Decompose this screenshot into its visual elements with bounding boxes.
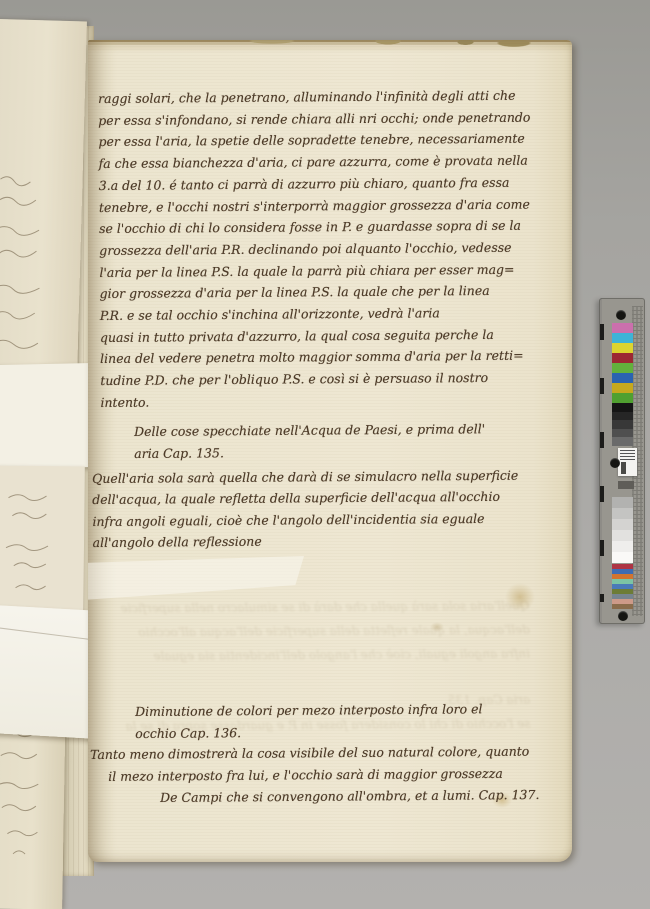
- mounting-hole: [616, 310, 626, 320]
- text-line: fa che essa bianchezza d'aria, ci pare a…: [99, 150, 531, 175]
- text-line: all'angolo della reflessione: [93, 529, 519, 554]
- paper-tab-cream: [0, 466, 85, 627]
- text-line: dell'acqua, la quale refletta della supe…: [92, 486, 518, 511]
- text-line: tudine P.D. che per l'obliquo P.S. e cos…: [100, 367, 532, 392]
- gray-reference-patch: [618, 481, 634, 489]
- ghost-line: dell'acqua, la quale refletta della supe…: [110, 618, 530, 645]
- color-patch: [612, 353, 633, 363]
- color-patch: [612, 373, 633, 383]
- color-patch-column-bottom: [612, 564, 633, 609]
- color-patch: [612, 604, 633, 609]
- text-line: raggi solari, che la penetrano, allumina…: [98, 85, 530, 110]
- color-patch: [612, 519, 633, 530]
- color-patch: [612, 508, 633, 519]
- color-patch: [612, 393, 633, 403]
- paragraph-color-diminution: Tanto meno dimostrerà la cosa visibile d…: [90, 741, 530, 787]
- color-patch: [612, 383, 633, 393]
- color-patch: [612, 343, 633, 353]
- mounting-hole: [618, 611, 628, 621]
- color-calibration-strip: [599, 298, 645, 624]
- color-patch: [612, 403, 633, 412]
- marginalia-handwriting: [0, 719, 53, 880]
- registration-ticks: [600, 324, 604, 602]
- color-patch: [612, 530, 633, 541]
- color-patch: [612, 323, 633, 333]
- color-patch: [612, 552, 633, 563]
- color-patch: [612, 412, 633, 421]
- ghost-line: Quell'aria sola sarà quella che darà di …: [110, 594, 530, 621]
- gray-ramp-light: [612, 497, 633, 563]
- color-patch: [612, 363, 633, 373]
- color-patch-column-top: [612, 323, 633, 403]
- paragraph-azure-air: raggi solari, che la penetrano, allumina…: [98, 85, 533, 414]
- text-line: intento.: [100, 388, 532, 413]
- color-patch: [612, 420, 633, 429]
- chapter-heading-137: De Campi che si convengono all'ombra, et…: [160, 784, 539, 809]
- photo-background: Quell'aria sola sarà quella che darà di …: [0, 0, 650, 909]
- mounting-hole: [610, 458, 620, 468]
- gray-ramp-dark: [612, 403, 633, 446]
- text-line: Tanto meno dimostrerà la cosa visibile d…: [90, 741, 529, 766]
- chapter-heading-136: Diminutione de colori per mezo interpost…: [135, 698, 483, 744]
- heading-line: Diminutione de colori per mezo interpost…: [135, 698, 483, 722]
- paragraph-water-reflection: Quell'aria sola sarà quella che darà di …: [92, 465, 519, 554]
- text-line: infra angoli eguali, cioè che l'angolo d…: [92, 507, 518, 532]
- paper-tab-white: [0, 363, 99, 469]
- ghost-line: infra angoli eguali, cioè che l'angolo d…: [110, 642, 530, 669]
- heading-line: Delle cose specchiate nell'Acqua de Paes…: [134, 418, 485, 442]
- color-patch: [612, 429, 633, 438]
- color-patch: [612, 541, 633, 552]
- color-patch: [612, 437, 633, 446]
- text-line: gior grossezza d'aria per la linea P.S. …: [100, 280, 532, 305]
- chapter-heading-135: Delle cose specchiate nell'Acqua de Paes…: [134, 418, 485, 464]
- text-line: il mezo interposto fra lui, e l'occhio s…: [108, 762, 529, 787]
- marginalia-handwriting: [0, 486, 61, 607]
- color-patch: [612, 333, 633, 343]
- marginalia-handwriting: [0, 159, 61, 381]
- text-line: grossezza dell'aria P.R. declinando poi …: [99, 237, 531, 262]
- color-patch: [612, 497, 633, 508]
- text-line: 3.a del 10. é tanto ci parrà di azzurro …: [99, 171, 531, 196]
- barcode-label: [618, 448, 637, 476]
- heading-line: aria Cap. 135.: [134, 440, 485, 464]
- heading-line: De Campi che si convengono all'ombra, et…: [160, 784, 539, 809]
